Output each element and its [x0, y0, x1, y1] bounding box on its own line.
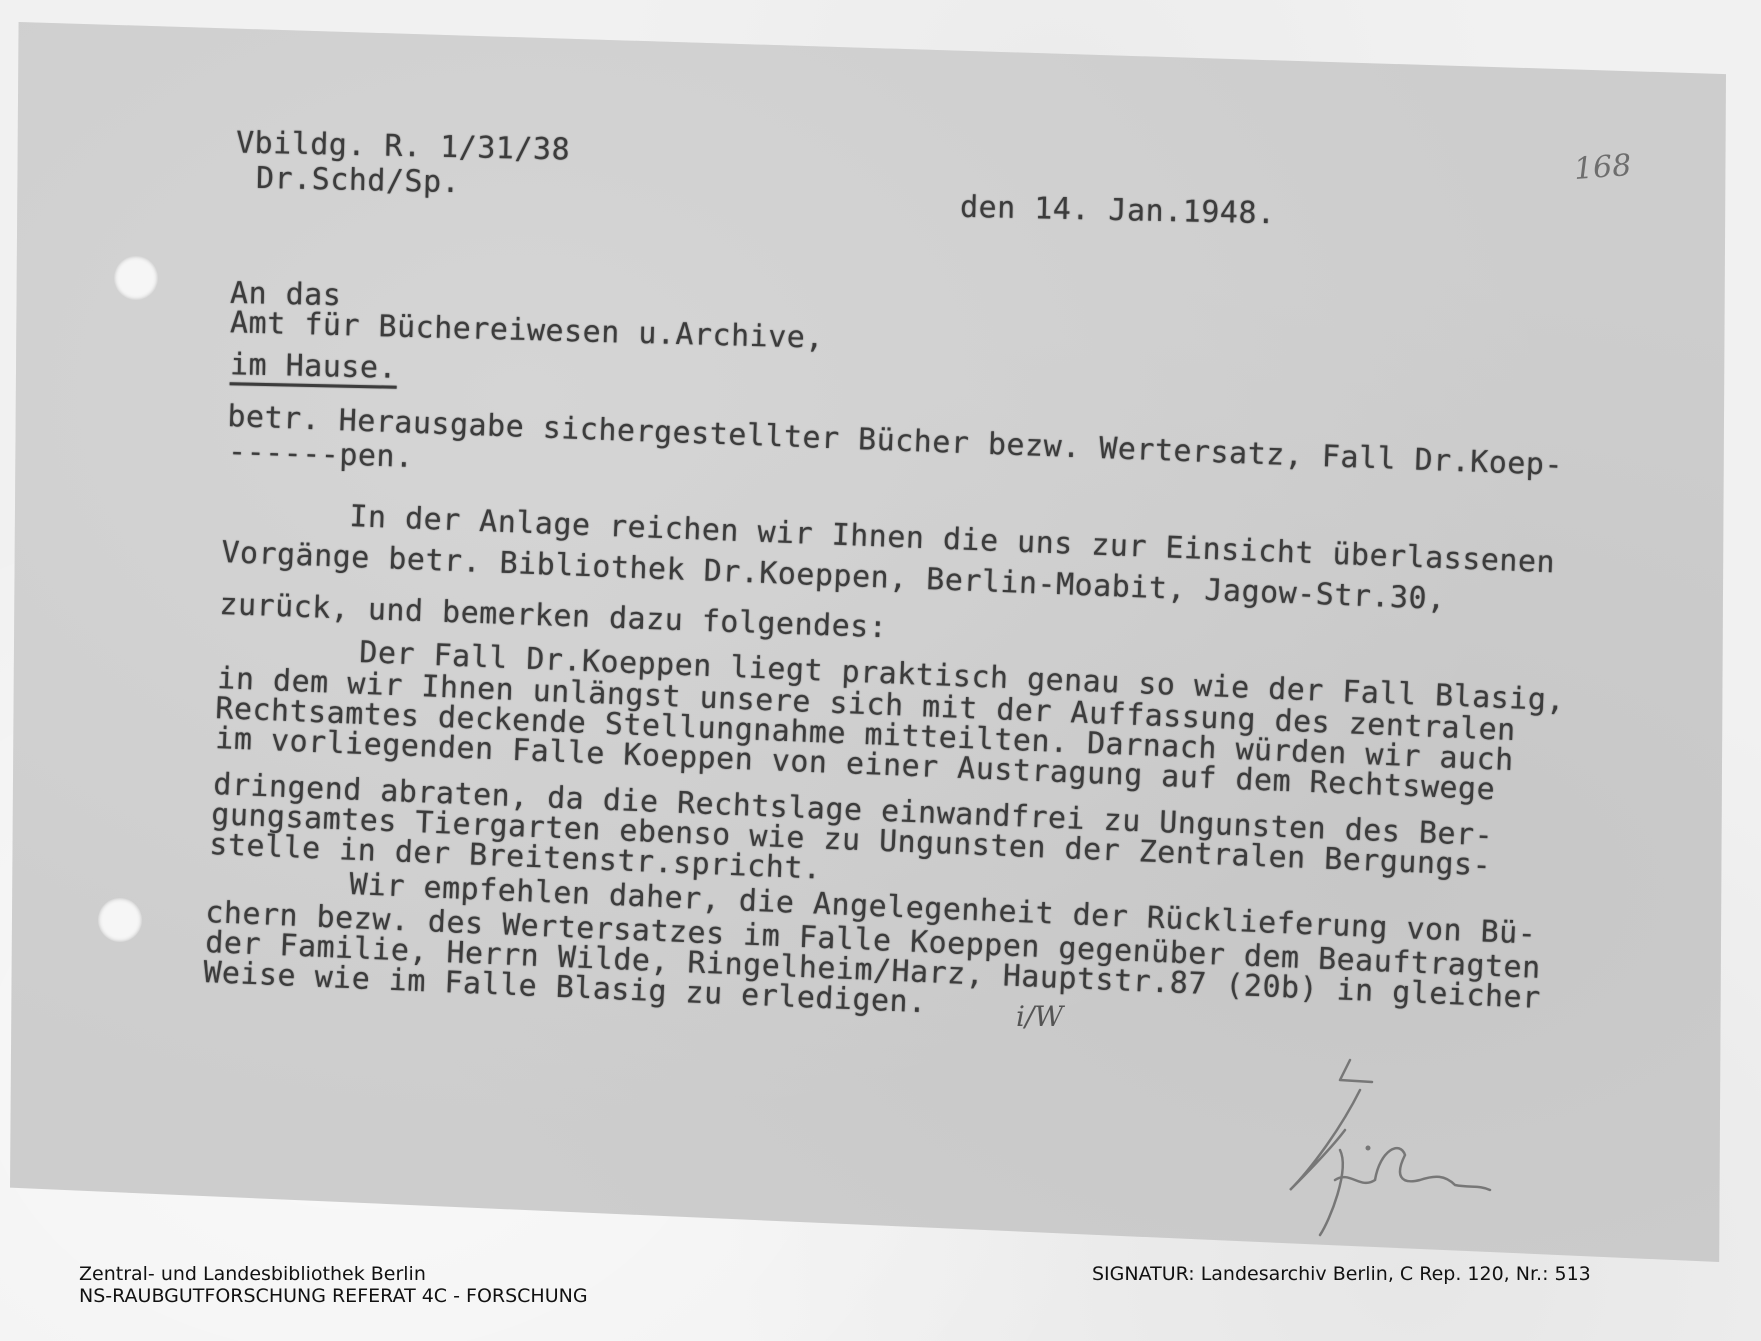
- page-number: 168: [1573, 148, 1633, 187]
- signature: [1280, 1040, 1580, 1244]
- recipient-line-3: im Hause.: [230, 350, 398, 383]
- punch-hole: [98, 898, 142, 942]
- footer-institution: Zentral- und Landesbibliothek Berlin: [79, 1263, 426, 1285]
- punch-hole: [114, 256, 158, 300]
- signature-scribble-icon: [1280, 1040, 1580, 1240]
- footer-department: NS-RAUBGUTFORSCHUNG REFERAT 4C - FORSCHU…: [79, 1285, 588, 1307]
- footer-signatur: SIGNATUR: Landesarchiv Berlin, C Rep. 12…: [1092, 1263, 1591, 1285]
- initials-mark: i/W: [1016, 1000, 1063, 1033]
- subject-line-continued: ------pen.: [228, 437, 414, 473]
- reference-number: Vbildg. R. 1/31/38: [236, 129, 571, 166]
- letter-date: den 14. Jan.1948.: [960, 193, 1276, 230]
- author-initials: Dr.Schd/Sp.: [256, 164, 461, 198]
